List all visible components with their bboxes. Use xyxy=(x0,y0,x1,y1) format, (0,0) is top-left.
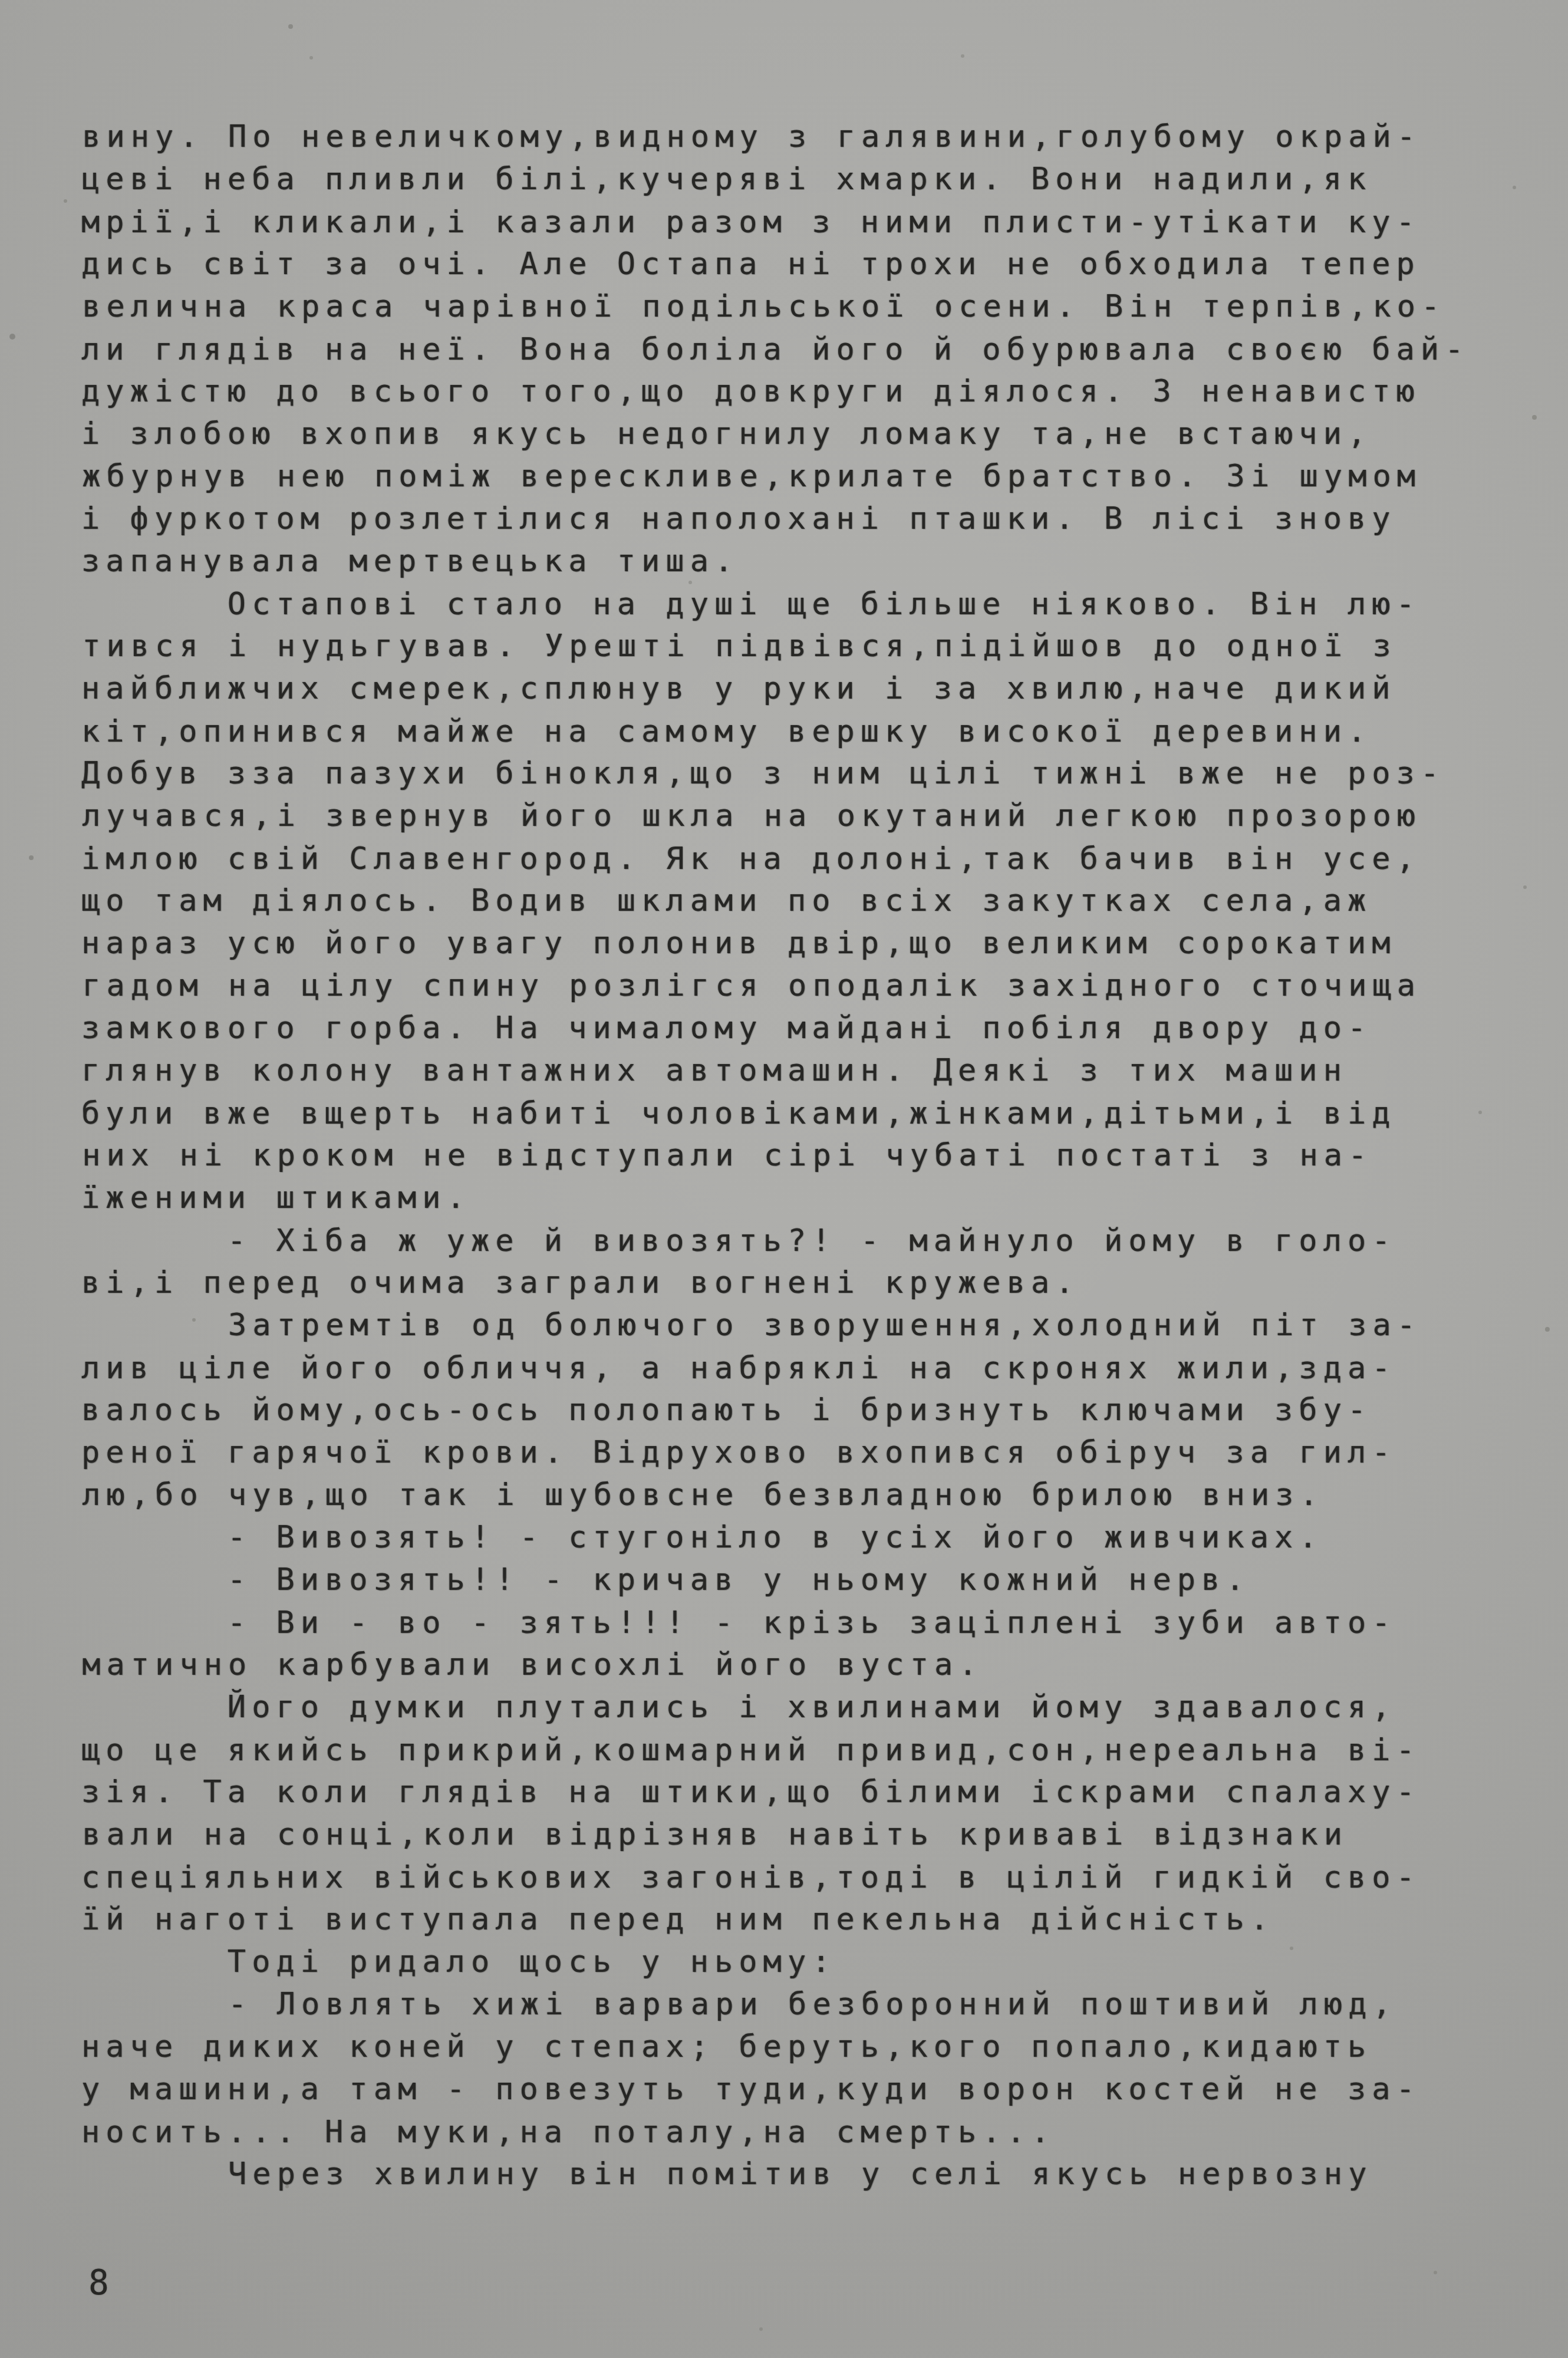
text-line: жбурнув нею поміж верескливе,крилате бра… xyxy=(82,455,1470,498)
text-line: цеві неба пливли білі,кучеряві хмарки. В… xyxy=(81,158,1469,200)
text-line: мрії,і кликали,і казали разом з ними пли… xyxy=(81,201,1469,243)
text-line: лучався,і звернув його шкла на окутаний … xyxy=(82,795,1470,837)
text-line: матично карбували висохлі його вуста. xyxy=(82,1644,1470,1686)
text-line: наче диких коней у степах; беруть,кого п… xyxy=(81,2026,1469,2068)
text-line: Тоді ридало щось у ньому: xyxy=(81,1941,1469,1983)
text-line: носить... На муки,на поталу,на смерть... xyxy=(81,2111,1469,2153)
text-line: велична краса чарівної подільської осени… xyxy=(82,285,1470,328)
text-line: зія. Та коли глядів на штики,що білими і… xyxy=(81,1771,1469,1813)
text-line: ли глядів на неї. Вона боліла його й обу… xyxy=(81,328,1469,371)
text-line: що це якийсь прикрий,кошмарний привид,со… xyxy=(81,1729,1469,1771)
text-line: реної гарячої крови. Відрухово вхопився … xyxy=(81,1431,1469,1474)
text-line: валось йому,ось-ось полопають і бризнуть… xyxy=(81,1389,1469,1431)
text-line: - Хіба ж уже й вивозять?! - майнуло йому… xyxy=(81,1220,1469,1262)
text-line: вину. По невеличкому,видному з галявини,… xyxy=(82,116,1470,158)
text-line: - Ловлять хижі варвари безборонний пошти… xyxy=(82,1983,1470,2026)
text-line: спеціяльних військових загонів,тоді в ці… xyxy=(81,1856,1469,1899)
text-line: замкового горба. На чималому майдані поб… xyxy=(81,1007,1469,1049)
page-number: 8 xyxy=(88,2263,109,2303)
text-line: Добув зза пазухи бінокля,що з ним цілі т… xyxy=(81,752,1469,795)
text-line: і фуркотом розлетілися наполохані пташки… xyxy=(81,498,1469,540)
text-line: них ні кроком не відступали сірі чубаті … xyxy=(82,1134,1470,1177)
text-line: лив ціле його обличчя, а набряклі на скр… xyxy=(81,1347,1469,1389)
text-line: їй наготі виступала перед ним пекельна д… xyxy=(81,1898,1469,1941)
text-line: запанувала мертвецька тиша. xyxy=(81,540,1469,582)
text-line: і злобою вхопив якусь недогнилу ломаку т… xyxy=(81,413,1469,455)
text-line: Затремтів од болючого зворушення,холодни… xyxy=(82,1304,1470,1346)
text-line: глянув колону вантажних автомашин. Деякі… xyxy=(81,1049,1469,1092)
text-line: найближчих смерек,сплюнув у руки і за хв… xyxy=(81,667,1469,710)
page-text: вину. По невеличкому,видному з галявини,… xyxy=(81,116,1469,2195)
text-line: імлою свій Славенгород. Як на долоні,так… xyxy=(81,838,1469,880)
text-line: що там діялось. Водив шклами по всіх зак… xyxy=(81,880,1469,922)
text-line: ві,і перед очима заграли вогнені кружева… xyxy=(81,1262,1469,1304)
text-line: лю,бо чув,що так і шубовсне безвладною б… xyxy=(82,1474,1470,1516)
scanned-page: вину. По невеличкому,видному з галявини,… xyxy=(0,0,1568,2358)
text-line: у машини,а там - повезуть туди,куди воро… xyxy=(81,2068,1469,2110)
text-line: Остапові стало на душі ще більше ніяково… xyxy=(81,583,1469,625)
text-line: - Вивозять!! - кричав у ньому кожний нер… xyxy=(81,1559,1469,1601)
text-line: Його думки плутались і хвилинами йому зд… xyxy=(81,1686,1469,1728)
text-line: дужістю до всього того,що довкруги діяло… xyxy=(81,370,1469,413)
text-line: Через хвилину він помітив у селі якусь н… xyxy=(82,2153,1470,2195)
text-line: кіт,опинився майже на самому вершку висо… xyxy=(81,710,1469,753)
text-line: вали на сонці,коли відрізняв навіть крив… xyxy=(82,1813,1470,1856)
text-line: - Вивозять! - стугоніло в усіх його живч… xyxy=(81,1516,1469,1559)
text-line: були вже вщерть набиті чоловіками,жінкам… xyxy=(81,1092,1469,1135)
text-line: дись світ за очі. Але Остапа ні трохи не… xyxy=(81,243,1469,285)
text-line: їженими штиками. xyxy=(81,1177,1469,1219)
text-line: тився і нудьгував. Урешті підвівся,підій… xyxy=(82,625,1470,667)
text-line: нараз усю його увагу полонив двір,що вел… xyxy=(81,922,1469,964)
text-line: гадом на цілу спину розлігся оподалік за… xyxy=(82,964,1470,1007)
text-line: - Ви - во - зять!!! - крізь заціплені зу… xyxy=(81,1602,1469,1644)
